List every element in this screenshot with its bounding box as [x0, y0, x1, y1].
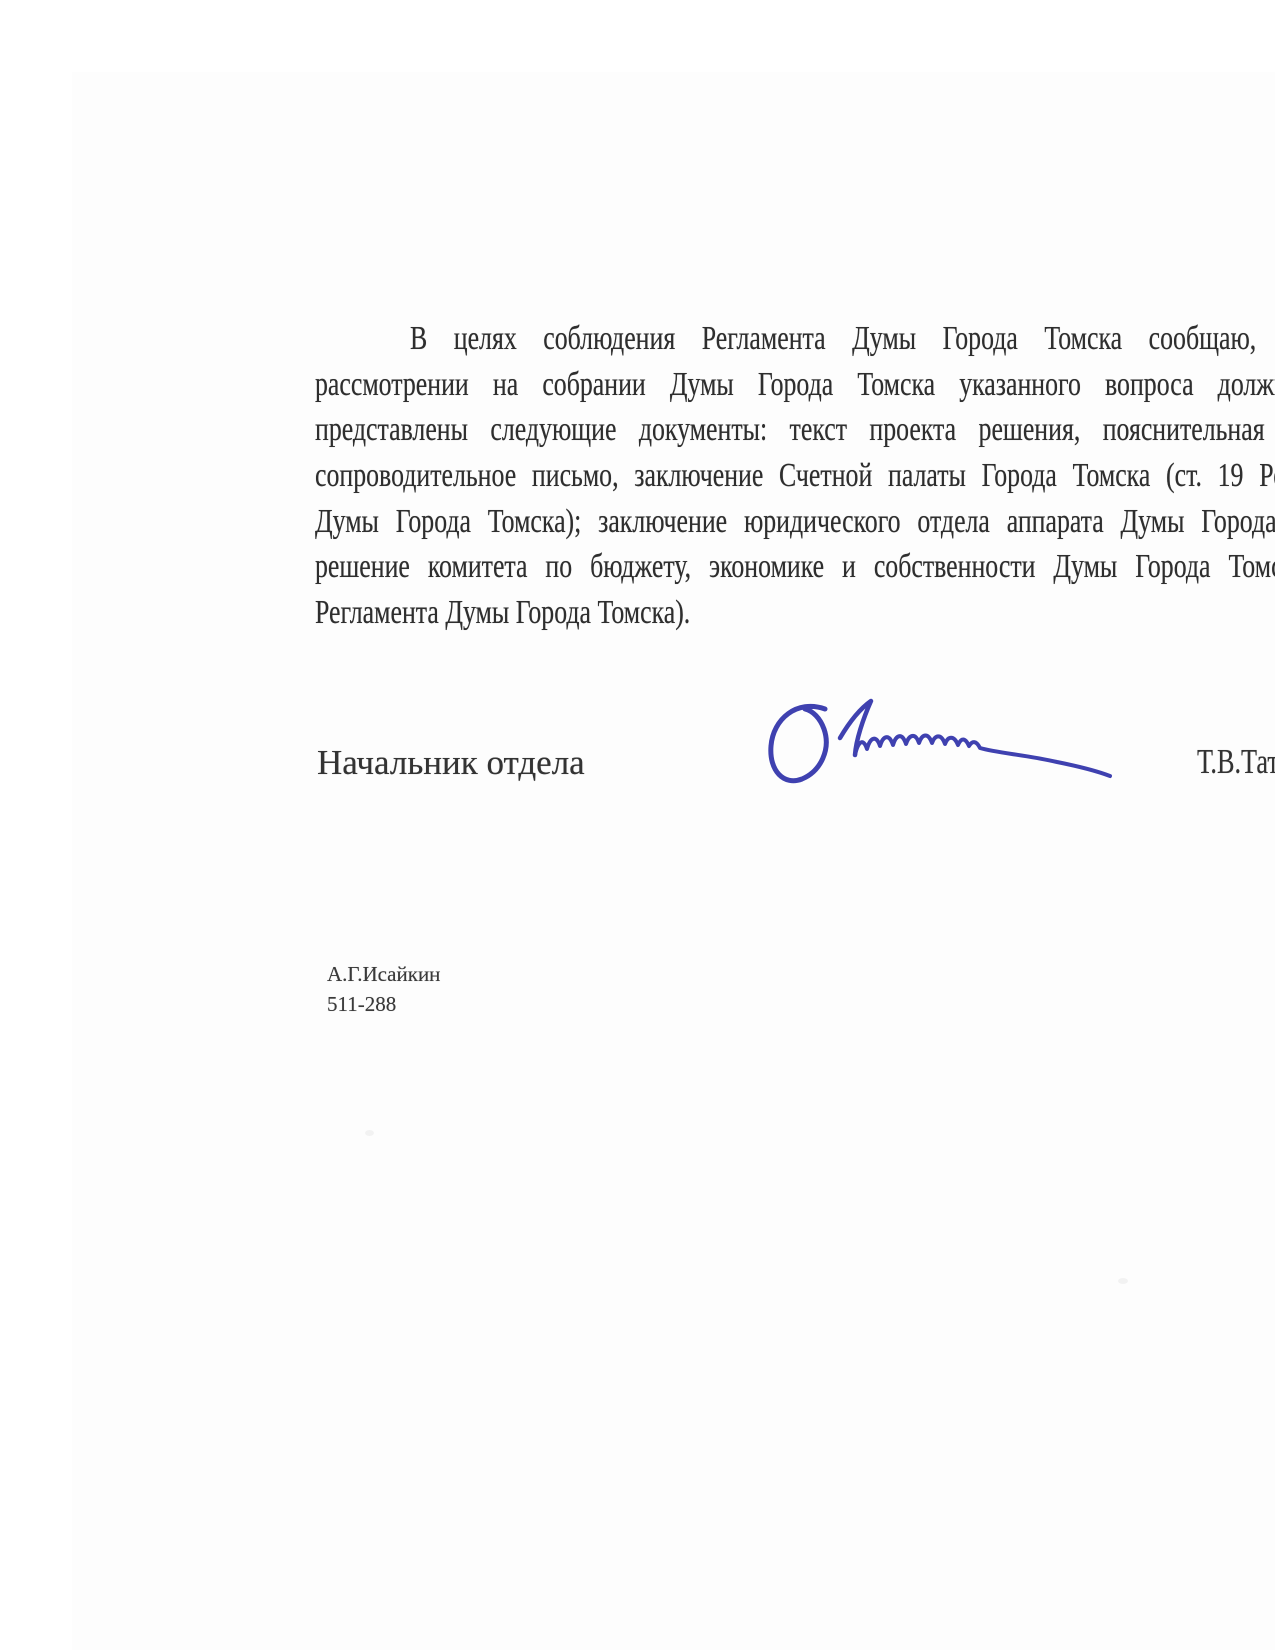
signer-name: Т.В.Татарчук: [1197, 739, 1275, 784]
scan-speck: [1118, 1278, 1128, 1284]
paragraph-line: решение комитета по бюджету, экономике и…: [315, 544, 1275, 590]
paragraph-line: представлены следующие документы: текст …: [315, 407, 1275, 453]
executor-phone: 511-288: [327, 989, 440, 1019]
scan-speck: [365, 1130, 374, 1136]
signer-position-title: Начальник отдела: [317, 740, 585, 785]
executor-block: А.Г.Исайкин 511-288: [327, 959, 440, 1019]
scanned-document-viewport: В целях соблюдения Регламента Думы Город…: [0, 0, 1275, 1650]
document-page: В целях соблюдения Регламента Думы Город…: [72, 72, 1275, 1650]
paragraph-line: В целях соблюдения Регламента Думы Город…: [315, 316, 1275, 362]
executor-name: А.Г.Исайкин: [327, 959, 440, 989]
signature-stroke-zigzag-tail: [855, 735, 1110, 776]
handwritten-signature-ink: [747, 672, 1127, 797]
paragraph-line: Думы Города Томска); заключение юридичес…: [315, 499, 1275, 545]
body-paragraph: В целях соблюдения Регламента Думы Город…: [315, 316, 1275, 636]
paragraph-line: сопроводительное письмо, заключение Счет…: [315, 453, 1275, 499]
paragraph-line: Регламента Думы Города Томска).: [315, 590, 1275, 636]
signature-stroke-loop: [771, 706, 826, 780]
paragraph-line: рассмотрении на собрании Думы Города Том…: [315, 362, 1275, 408]
